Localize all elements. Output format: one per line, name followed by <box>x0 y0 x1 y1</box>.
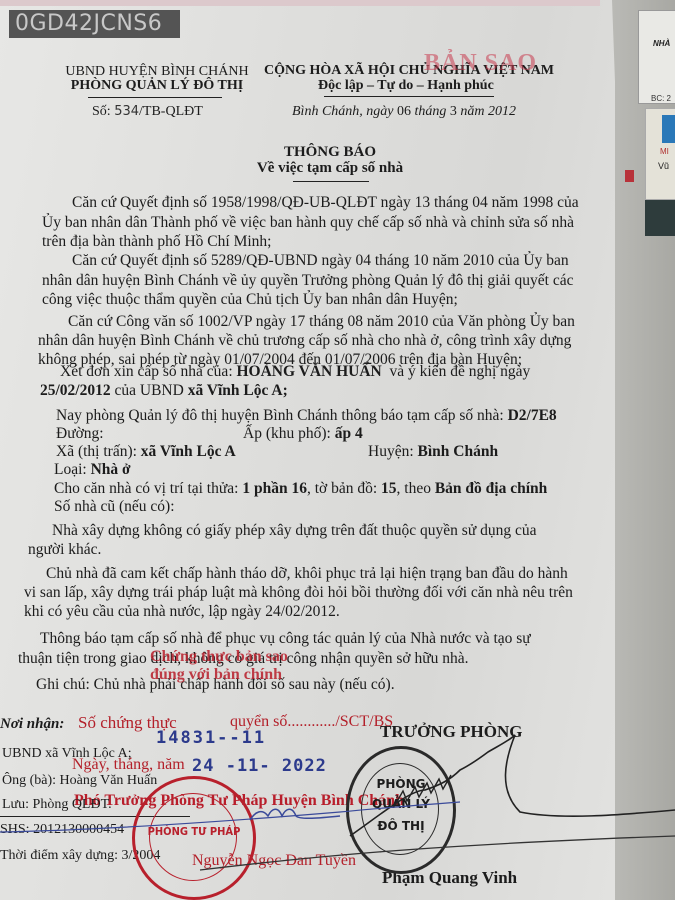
paragraph-3-line: nhân dân huyện Bình Chánh về chủ trương … <box>38 332 571 350</box>
document-subtitle: Về việc tạm cấp số nhà <box>200 160 460 177</box>
district-value: Bình Chánh <box>418 443 499 460</box>
proposal-line: 25/02/2012 của UBND xã Vĩnh Lộc A; <box>40 382 288 400</box>
old-number-label: Số nhà cũ (nếu có): <box>54 498 175 516</box>
note-2-line: khi có yêu cầu của nhà nước, lập ngày 24… <box>24 603 340 621</box>
recipient-3: Lưu: Phòng QLĐT. <box>2 797 112 813</box>
location-label: Cho căn nhà có vị trí tại thửa: <box>54 480 238 497</box>
applicant-line: Xét đơn xin cấp số nhà của: HOÀNG VĂN HU… <box>60 363 530 381</box>
seal-center-text: PHÒNG TƯ PHÁP <box>141 825 247 838</box>
proposal-label: và ý kiến đề nghị ngày <box>390 363 531 380</box>
commune-value: xã Vĩnh Lộc A <box>141 443 236 460</box>
file-code: SHS: 2012130000454 <box>0 822 124 838</box>
certification-date: 24 -11- 2022 <box>192 756 327 776</box>
document-page: UBND HUYỆN BÌNH CHÁNH PHÒNG QUẢN LÝ ĐÔ T… <box>0 0 615 900</box>
date-prefix: Bình Chánh, ngày <box>292 104 394 119</box>
number-prefix: Số: <box>92 104 111 119</box>
background-red-mark <box>625 170 634 182</box>
urban-management-seal: PHÒNG QUẢN LÝ ĐÔ THỊ <box>346 746 456 874</box>
background-logo-text: MI <box>660 147 669 156</box>
paragraph-1-line: Căn cứ Quyết định số 1958/1998/QĐ-UB-QLĐ… <box>72 194 579 212</box>
note-1-line: Nhà xây dựng không có giấy phép xây dựng… <box>52 522 537 540</box>
background-card-text: NHÀ <box>653 39 670 48</box>
type-value: Nhà ở <box>91 461 131 478</box>
street-label: Đường: <box>56 425 104 443</box>
applicant-name: HOÀNG VĂN HUẤN <box>237 363 382 380</box>
house-number: D2/7E8 <box>508 407 557 424</box>
recipients-label: Nơi nhận: <box>0 716 64 733</box>
location-field: Cho căn nhà có vị trí tại thửa: 1 phần 1… <box>54 480 547 498</box>
header-rule-right <box>324 96 494 97</box>
logo-icon <box>662 115 675 143</box>
commune-label: Xã (thị trấn): <box>56 443 137 460</box>
district-label: Huyện: <box>368 443 414 460</box>
commune-field: Xã (thị trấn): xã Vĩnh Lộc A <box>56 443 236 461</box>
certification-number: 14831--11 <box>156 728 266 748</box>
title-rule <box>293 181 369 182</box>
announcement-line: Nay phòng Quản lý đô thị huyện Bình Chán… <box>56 407 557 425</box>
type-label: Loại: <box>54 461 87 478</box>
announcement-text: Nay phòng Quản lý đô thị huyện Bình Chán… <box>56 407 504 424</box>
sheet-label: , tờ bản đồ: <box>307 480 377 497</box>
paragraph-2-line: công việc thuộc thẩm quyền của Chủ tịch … <box>42 291 458 309</box>
signer-title: TRƯỞNG PHÒNG <box>380 722 522 742</box>
document-date: Bình Chánh, ngày 06 tháng 3 năm 2012 <box>292 104 516 120</box>
number-handwritten: 534 <box>114 104 139 119</box>
note-3-line: Thông báo tạm cấp số nhà để phục vụ công… <box>40 630 531 648</box>
header-rule-left <box>88 97 222 98</box>
hamlet-value: ấp 4 <box>335 425 363 442</box>
paragraph-1-line: trên địa bàn thành phố Hồ Chí Minh; <box>42 233 271 251</box>
recipient-2: Ông (bà): Hoàng Văn Huấn <box>2 773 157 789</box>
sheet-value: 15 <box>381 480 397 497</box>
image-id-watermark: 0GD42JCNS6 <box>9 10 180 38</box>
background-name: Vũ <box>658 161 669 171</box>
national-motto: Độc lập – Tự do – Hạnh phúc <box>318 78 494 94</box>
note-2-line: vi san lấp, xây dựng trái pháp luật mà k… <box>24 584 573 602</box>
note-1-line: người khác. <box>28 541 101 559</box>
number-suffix: /TB-QLĐT <box>139 104 203 119</box>
map-value: Bản đồ địa chính <box>435 480 547 497</box>
proposal-commune: xã Vĩnh Lộc A; <box>188 382 288 399</box>
background-card: NHÀ BC: 2 <box>638 10 675 104</box>
paragraph-2-line: Căn cứ Quyết định số 5289/QĐ-UBND ngày 0… <box>72 252 569 270</box>
seal-line-2: QUẢN LÝ <box>349 797 453 811</box>
proposal-authority: của UBND <box>115 382 184 399</box>
date-year: năm 2012 <box>460 104 516 119</box>
applicant-label: Xét đơn xin cấp số nhà của: <box>60 363 233 380</box>
page-edge <box>0 0 600 6</box>
paragraph-3-line: Căn cứ Công văn số 1002/VP ngày 17 tháng… <box>68 313 575 331</box>
document-title: THÔNG BÁO <box>200 144 460 161</box>
background-object <box>645 200 675 236</box>
note-2-line: Chủ nhà đã cam kết chấp hành tháo dỡ, kh… <box>46 565 568 583</box>
seal-line-3: ĐÔ THỊ <box>349 819 453 833</box>
date-day: 06 <box>397 104 411 119</box>
certification-line-2: đúng với bản chính <box>150 666 282 684</box>
type-field: Loại: Nhà ở <box>54 461 131 479</box>
background-business-card: MI Vũ <box>645 108 675 200</box>
agency-name: PHÒNG QUẢN LÝ ĐÔ THỊ <box>62 78 252 94</box>
hamlet-field: Ấp (khu phố): ấp 4 <box>243 425 363 443</box>
date-month-label: tháng <box>415 104 447 119</box>
certification-line-1: Chứng thực bản sao <box>150 648 288 666</box>
paragraph-2-line: nhân dân huyện Bình Chánh về ủy quyền Tr… <box>42 272 573 290</box>
background-card-subtext: BC: 2 <box>651 94 671 103</box>
certification-date-label: Ngày, tháng, năm <box>72 756 185 774</box>
seal-line-1: PHÒNG <box>349 777 453 791</box>
paragraph-1-line: Ủy ban nhân dân Thành phố về việc ban hà… <box>42 214 574 232</box>
copy-stamp: BẢN SAO <box>424 50 537 77</box>
parcel-value: 1 phần 16 <box>242 480 307 497</box>
map-label: , theo <box>397 480 431 497</box>
district-field: Huyện: Bình Chánh <box>368 443 498 461</box>
hamlet-label: Ấp (khu phố): <box>243 425 331 442</box>
date-month: 3 <box>450 104 457 119</box>
proposal-date: 25/02/2012 <box>40 382 111 399</box>
document-number: Số: 534/TB-QLĐT <box>92 104 203 120</box>
justice-office-seal: PHÒNG TƯ PHÁP <box>132 776 256 900</box>
